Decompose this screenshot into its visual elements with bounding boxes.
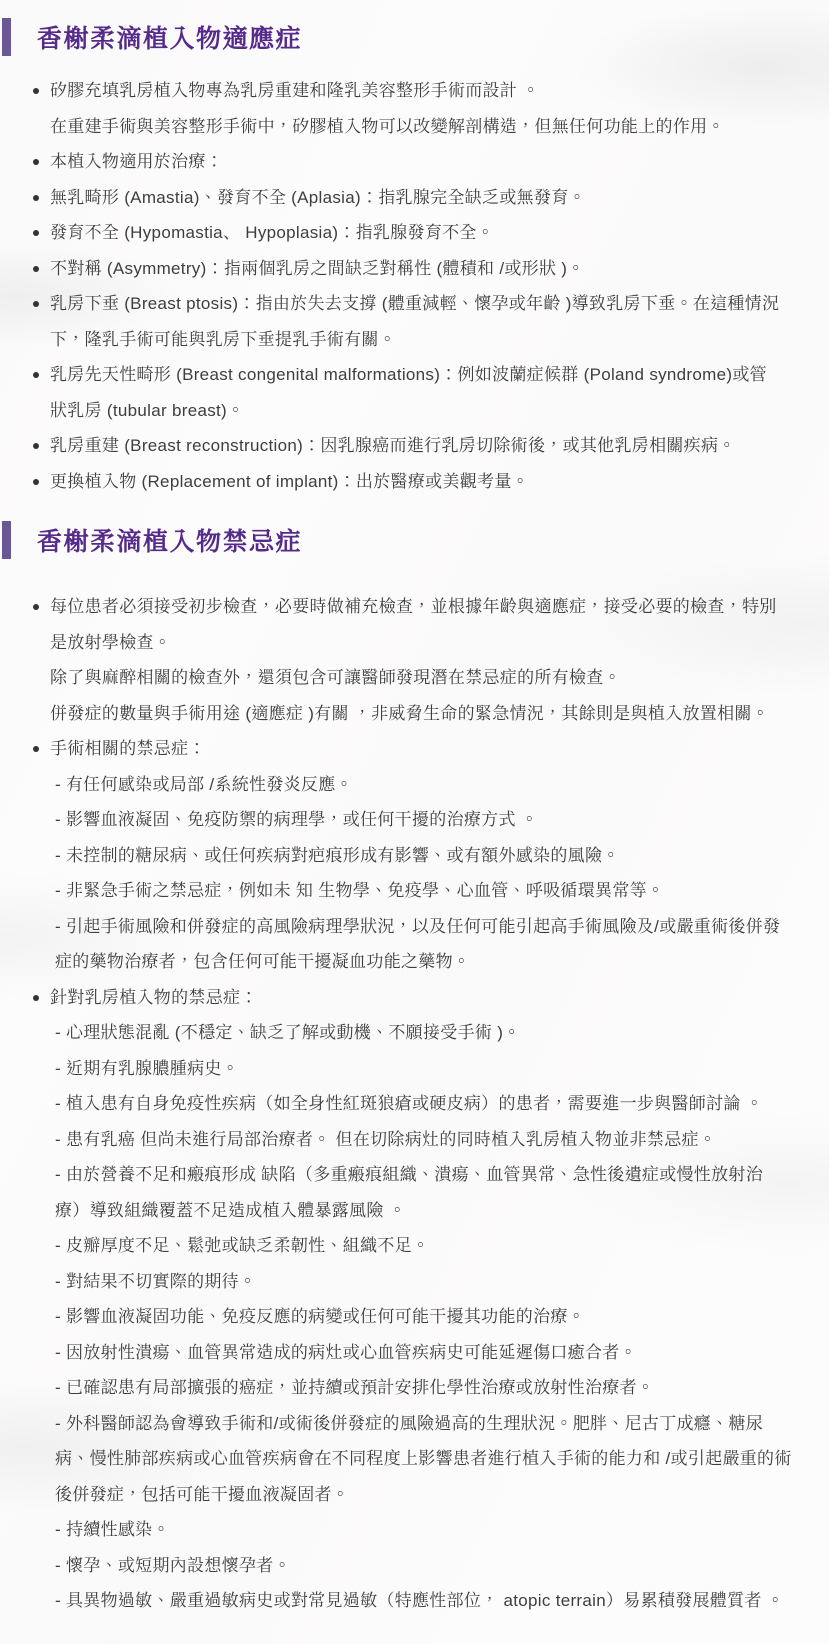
line-text: 針對乳房植入物的禁忌症： (50, 988, 258, 1007)
line-text: 狀乳房 (tubular breast)。 (50, 401, 244, 420)
line-text: - 持續性感染。 (55, 1520, 170, 1539)
line-text: - 近期有乳腺膿腫病史。 (55, 1059, 239, 1078)
list-item-line: 不對稱 (Asymmetry)：指兩個乳房之間缺乏對稱性 (體積和 /或形狀 )… (0, 251, 829, 287)
indications-list: 矽膠充填乳房植入物專為乳房重建和隆乳美容整形手術而設計 。在重建手術與美容整形手… (0, 73, 829, 499)
bullet-icon (33, 995, 39, 1001)
section-title: 香榭柔滴植入物禁忌症 (37, 522, 302, 558)
line-text: - 心理狀態混亂 (不穩定、缺乏了解或動機、不願接受手術 )。 (55, 1023, 520, 1042)
line-text: 是放射學檢查。 (50, 633, 171, 652)
list-item-line: 手術相關的禁忌症： (0, 731, 829, 767)
text-line: 是放射學檢查。 (0, 625, 829, 661)
line-text: 本植入物適用於治療： (50, 152, 223, 171)
line-text: - 引起手術風險和併發症的高風險病理學狀況，以及任何可能引起高手術風險及/或嚴重… (55, 917, 780, 936)
section-header-indications: 香榭柔滴植入物適應症 (0, 16, 829, 58)
header-accent-bar (2, 18, 11, 56)
sub-item-line: - 未控制的糖尿病、或任何疾病對疤痕形成有影響、或有額外感染的風險。 (0, 838, 829, 874)
sub-item-line: - 皮瓣厚度不足、鬆弛或缺乏柔韌性、組織不足。 (0, 1228, 829, 1264)
line-text: 手術相關的禁忌症： (50, 739, 206, 758)
sub-item-line: - 心理狀態混亂 (不穩定、缺乏了解或動機、不願接受手術 )。 (0, 1015, 829, 1051)
list-item-line: 更換植入物 (Replacement of implant)：出於醫療或美觀考量… (0, 464, 829, 500)
list-item-line: 本植入物適用於治療： (0, 144, 829, 180)
sub-item-line: - 引起手術風險和併發症的高風險病理學狀況，以及任何可能引起高手術風險及/或嚴重… (0, 909, 829, 945)
line-text: - 對結果不切實際的期待。 (55, 1272, 256, 1291)
section-header-contraindications: 香榭柔滴植入物禁忌症 (0, 519, 829, 561)
text-line: 狀乳房 (tubular breast)。 (0, 393, 829, 429)
sub-item-line: - 植入患有自身免疫性疾病（如全身性紅斑狼瘡或硬皮病）的患者，需要進一步與醫師討… (0, 1086, 829, 1122)
line-text: 併發症的數量與手術用途 (適應症 )有關 ，非威脅生命的緊急情況，其餘則是與植入… (50, 704, 769, 723)
bullet-icon (33, 604, 39, 610)
list-item-line: 乳房重建 (Breast reconstruction)：因乳腺癌而進行乳房切除… (0, 428, 829, 464)
list-item-line: 矽膠充填乳房植入物專為乳房重建和隆乳美容整形手術而設計 。 (0, 73, 829, 109)
line-text: - 因放射性潰瘍、血管異常造成的病灶或心血管疾病史可能延遲傷口癒合者。 (55, 1343, 637, 1362)
line-text: - 影響血液凝固功能、免疫反應的病變或任何可能干擾其功能的治療。 (55, 1307, 585, 1326)
line-text: - 患有乳癌 但尚未進行局部治療者。 但在切除病灶的同時植入乳房植入物並非禁忌症… (55, 1130, 716, 1149)
line-text: - 已確認患有局部擴張的癌症，並持續或預計安排化學性治療或放射性治療者。 (55, 1378, 654, 1397)
bullet-icon (33, 159, 39, 165)
line-text: - 具異物過敏、嚴重過敏病史或對常見過敏（特應性部位， atopic terra… (55, 1591, 784, 1610)
text-line: 除了與麻醉相關的檢查外，還須包含可讓醫師發現潛在禁忌症的所有檢查。 (0, 660, 829, 696)
line-text: 在重建手術與美容整形手術中，矽膠植入物可以改變解剖構造，但無任何功能上的作用。 (50, 117, 725, 136)
line-text: 矽膠充填乳房植入物專為乳房重建和隆乳美容整形手術而設計 。 (50, 81, 539, 100)
line-text: - 未控制的糖尿病、或任何疾病對疤痕形成有影響、或有額外感染的風險。 (55, 846, 620, 865)
line-text: 病、慢性肺部疾病或心血管疾病會在不同程度上影響患者進行植入手術的能力和 /或引起… (55, 1449, 792, 1468)
sub-item-line: - 持續性感染。 (0, 1512, 829, 1548)
line-text: - 影響血液凝固、免疫防禦的病理學，或任何干擾的治療方式 。 (55, 810, 538, 829)
line-text: - 外科醫師認為會導致手術和/或術後併發症的風險過高的生理狀況。肥胖、尼古丁成癮… (55, 1414, 763, 1433)
sub-item-line: - 具異物過敏、嚴重過敏病史或對常見過敏（特應性部位， atopic terra… (0, 1583, 829, 1619)
line-text: 無乳畸形 (Amastia)、發育不全 (Aplasia)：指乳腺完全缺乏或無發… (50, 188, 586, 207)
bullet-icon (33, 195, 39, 201)
sub-item-line: 病、慢性肺部疾病或心血管疾病會在不同程度上影響患者進行植入手術的能力和 /或引起… (0, 1441, 829, 1477)
line-text: 每位患者必須接受初步檢查，必要時做補充檢查，並根據年齡與適應症，接受必要的檢查，… (50, 597, 777, 616)
line-text: 下，隆乳手術可能與乳房下垂提乳手術有關。 (50, 330, 396, 349)
sub-item-line: - 因放射性潰瘍、血管異常造成的病灶或心血管疾病史可能延遲傷口癒合者。 (0, 1335, 829, 1371)
line-text: - 植入患有自身免疫性疾病（如全身性紅斑狼瘡或硬皮病）的患者，需要進一步與醫師討… (55, 1094, 763, 1113)
header-accent-bar (2, 521, 11, 559)
sub-item-line: - 近期有乳腺膿腫病史。 (0, 1051, 829, 1087)
text-line: 下，隆乳手術可能與乳房下垂提乳手術有關。 (0, 322, 829, 358)
bullet-icon (33, 479, 39, 485)
line-text: 乳房重建 (Breast reconstruction)：因乳腺癌而進行乳房切除… (50, 436, 736, 455)
bullet-icon (33, 746, 39, 752)
sub-item-line: - 對結果不切實際的期待。 (0, 1264, 829, 1300)
bullet-icon (33, 301, 39, 307)
list-item-line: 乳房先天性畸形 (Breast congenital malformations… (0, 357, 829, 393)
list-item-line: 無乳畸形 (Amastia)、發育不全 (Aplasia)：指乳腺完全缺乏或無發… (0, 180, 829, 216)
bullet-icon (33, 88, 39, 94)
list-item-line: 每位患者必須接受初步檢查，必要時做補充檢查，並根據年齡與適應症，接受必要的檢查，… (0, 589, 829, 625)
document-body: 香榭柔滴植入物適應症 矽膠充填乳房植入物專為乳房重建和隆乳美容整形手術而設計 。… (0, 16, 829, 1619)
bullet-icon (33, 230, 39, 236)
sub-item-line: 療）導致組織覆蓋不足造成植入體暴露風險 。 (0, 1193, 829, 1229)
line-text: 更換植入物 (Replacement of implant)：出於醫療或美觀考量… (50, 472, 529, 491)
section-title: 香榭柔滴植入物適應症 (37, 19, 302, 55)
sub-item-line: - 影響血液凝固功能、免疫反應的病變或任何可能干擾其功能的治療。 (0, 1299, 829, 1335)
line-text: 乳房先天性畸形 (Breast congenital malformations… (50, 365, 767, 384)
line-text: 發育不全 (Hypomastia、 Hypoplasia)：指乳腺發育不全。 (50, 223, 494, 242)
line-text: 後併發症，包括可能干擾血液凝固者。 (55, 1485, 349, 1504)
line-text: 乳房下垂 (Breast ptosis)：指由於失去支撐 (體重減輕、懷孕或年齡… (50, 294, 779, 313)
sub-item-line: - 已確認患有局部擴張的癌症，並持續或預計安排化學性治療或放射性治療者。 (0, 1370, 829, 1406)
sub-item-line: - 懷孕、或短期內設想懷孕者。 (0, 1548, 829, 1584)
line-text: 不對稱 (Asymmetry)：指兩個乳房之間缺乏對稱性 (體積和 /或形狀 )… (50, 259, 585, 278)
line-text: 療）導致組織覆蓋不足造成植入體暴露風險 。 (55, 1201, 406, 1220)
line-text: 除了與麻醉相關的檢查外，還須包含可讓醫師發現潛在禁忌症的所有檢查。 (50, 668, 621, 687)
sub-item-line: - 由於營養不足和瘢痕形成 缺陷（多重瘢痕組織、潰瘍、血管異常、急性後遺症或慢性… (0, 1157, 829, 1193)
sub-item-line: - 外科醫師認為會導致手術和/或術後併發症的風險過高的生理狀況。肥胖、尼古丁成癮… (0, 1406, 829, 1442)
line-text: 症的藥物治療者，包含任何可能干擾凝血功能之藥物。 (55, 952, 470, 971)
sub-item-line: 後併發症，包括可能干擾血液凝固者。 (0, 1477, 829, 1513)
bullet-icon (33, 266, 39, 272)
list-item-line: 乳房下垂 (Breast ptosis)：指由於失去支撐 (體重減輕、懷孕或年齡… (0, 286, 829, 322)
text-line: 併發症的數量與手術用途 (適應症 )有關 ，非威脅生命的緊急情況，其餘則是與植入… (0, 696, 829, 732)
list-item-line: 針對乳房植入物的禁忌症： (0, 980, 829, 1016)
bullet-icon (33, 443, 39, 449)
contraindications-list: 每位患者必須接受初步檢查，必要時做補充檢查，並根據年齡與適應症，接受必要的檢查，… (0, 589, 829, 1619)
sub-item-line: - 影響血液凝固、免疫防禦的病理學，或任何干擾的治療方式 。 (0, 802, 829, 838)
sub-item-line: - 患有乳癌 但尚未進行局部治療者。 但在切除病灶的同時植入乳房植入物並非禁忌症… (0, 1122, 829, 1158)
list-item-line: 發育不全 (Hypomastia、 Hypoplasia)：指乳腺發育不全。 (0, 215, 829, 251)
line-text: - 有任何感染或局部 /系統性發炎反應。 (55, 775, 353, 794)
line-text: - 由於營養不足和瘢痕形成 缺陷（多重瘢痕組織、潰瘍、血管異常、急性後遺症或慢性… (55, 1165, 763, 1184)
text-line: 在重建手術與美容整形手術中，矽膠植入物可以改變解剖構造，但無任何功能上的作用。 (0, 109, 829, 145)
sub-item-line: - 有任何感染或局部 /系統性發炎反應。 (0, 767, 829, 803)
bullet-icon (33, 372, 39, 378)
line-text: - 皮瓣厚度不足、鬆弛或缺乏柔韌性、組織不足。 (55, 1236, 429, 1255)
line-text: - 懷孕、或短期內設想懷孕者。 (55, 1556, 291, 1575)
sub-item-line: - 非緊急手術之禁忌症，例如未 知 生物學、免疫學、心血管、呼吸循環異常等。 (0, 873, 829, 909)
line-text: - 非緊急手術之禁忌症，例如未 知 生物學、免疫學、心血管、呼吸循環異常等。 (55, 881, 664, 900)
sub-item-line: 症的藥物治療者，包含任何可能干擾凝血功能之藥物。 (0, 944, 829, 980)
